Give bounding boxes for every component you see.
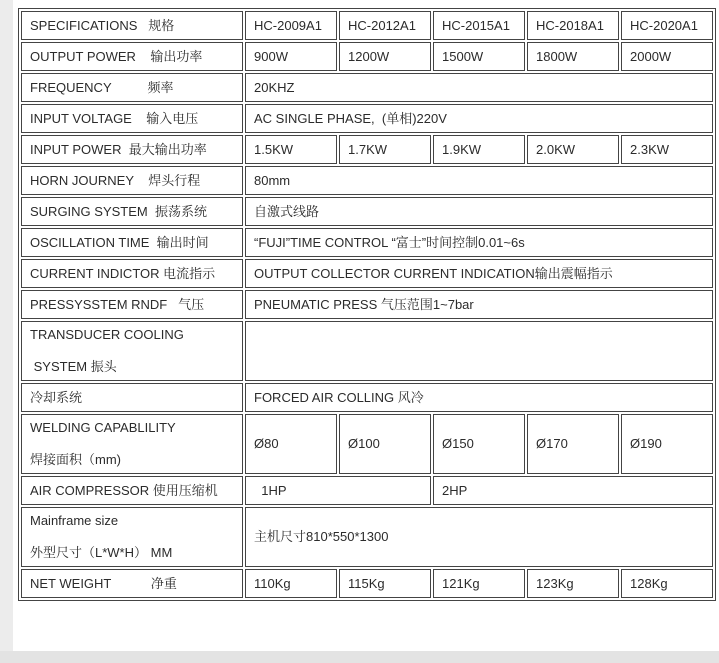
row-output-power: OUTPUT POWER 输出功率 900W 1200W 1500W 1800W…: [21, 42, 713, 71]
value-input-power-1: 1.7KW: [339, 135, 431, 164]
row-transducer-cooling: TRANSDUCER COOLING SYSTEM 振头: [21, 321, 713, 381]
value-current-indictor: OUTPUT COLLECTOR CURRENT INDICATION输出震幅指…: [245, 259, 713, 288]
value-air-compressor-2hp: 2HP: [433, 476, 713, 505]
value-welding-capability-2: Ø150: [433, 414, 525, 474]
row-input-power: INPUT POWER 最大输出功率 1.5KW 1.7KW 1.9KW 2.0…: [21, 135, 713, 164]
row-mainframe-size: Mainframe size 外型尺寸（L*W*H） MM 主机尺寸810*55…: [21, 507, 713, 567]
value-input-voltage: AC SINGLE PHASE, (单相)220V: [245, 104, 713, 133]
value-frequency: 20KHZ: [245, 73, 713, 102]
value-cooling-system: FORCED AIR COLLING 风冷: [245, 383, 713, 412]
value-output-power-4: 2000W: [621, 42, 713, 71]
model-header-1: HC-2012A1: [339, 11, 431, 40]
row-oscillation-time: OSCILLATION TIME 输出时间 “FUJI”TIME CONTROL…: [21, 228, 713, 257]
row-air-compressor: AIR COMPRESSOR 使用压缩机 1HP 2HP: [21, 476, 713, 505]
value-air-compressor-1hp: 1HP: [245, 476, 431, 505]
value-net-weight-4: 128Kg: [621, 569, 713, 598]
label-horn-journey: HORN JOURNEY 焊头行程: [21, 166, 243, 195]
specifications-table: SPECIFICATIONS 规格 HC-2009A1 HC-2012A1 HC…: [18, 8, 716, 601]
label-welding-capability: WELDING CAPABLILITY 焊接面积（mm): [21, 414, 243, 474]
model-header-4: HC-2020A1: [621, 11, 713, 40]
value-mainframe-size: 主机尺寸810*550*1300: [245, 507, 713, 567]
value-output-power-0: 900W: [245, 42, 337, 71]
row-specifications: SPECIFICATIONS 规格 HC-2009A1 HC-2012A1 HC…: [21, 11, 713, 40]
value-input-power-0: 1.5KW: [245, 135, 337, 164]
value-welding-capability-4: Ø190: [621, 414, 713, 474]
label-net-weight: NET WEIGHT 净重: [21, 569, 243, 598]
value-net-weight-1: 115Kg: [339, 569, 431, 598]
row-net-weight: NET WEIGHT 净重 110Kg 115Kg 121Kg 123Kg 12…: [21, 569, 713, 598]
value-welding-capability-1: Ø100: [339, 414, 431, 474]
row-press-system: PRESSYSSTEM RNDF 气压 PNEUMATIC PRESS 气压范围…: [21, 290, 713, 319]
value-horn-journey: 80mm: [245, 166, 713, 195]
label-air-compressor: AIR COMPRESSOR 使用压缩机: [21, 476, 243, 505]
value-input-power-4: 2.3KW: [621, 135, 713, 164]
value-output-power-2: 1500W: [433, 42, 525, 71]
page-left-gutter: [0, 0, 13, 651]
value-welding-capability-0: Ø80: [245, 414, 337, 474]
row-input-voltage: INPUT VOLTAGE 输入电压 AC SINGLE PHASE, (单相)…: [21, 104, 713, 133]
label-input-voltage: INPUT VOLTAGE 输入电压: [21, 104, 243, 133]
value-welding-capability-3: Ø170: [527, 414, 619, 474]
label-surging-system: SURGING SYSTEM 振荡系统: [21, 197, 243, 226]
label-frequency: FREQUENCY 频率: [21, 73, 243, 102]
value-output-power-1: 1200W: [339, 42, 431, 71]
value-net-weight-3: 123Kg: [527, 569, 619, 598]
row-frequency: FREQUENCY 频率 20KHZ: [21, 73, 713, 102]
row-welding-capability: WELDING CAPABLILITY 焊接面积（mm) Ø80 Ø100 Ø1…: [21, 414, 713, 474]
model-header-0: HC-2009A1: [245, 11, 337, 40]
value-transducer-cooling: [245, 321, 713, 381]
row-surging-system: SURGING SYSTEM 振荡系统 自激式线路: [21, 197, 713, 226]
label-mainframe-size: Mainframe size 外型尺寸（L*W*H） MM: [21, 507, 243, 567]
value-net-weight-0: 110Kg: [245, 569, 337, 598]
label-cooling-system: 冷却系统: [21, 383, 243, 412]
value-net-weight-2: 121Kg: [433, 569, 525, 598]
value-output-power-3: 1800W: [527, 42, 619, 71]
label-press-system: PRESSYSSTEM RNDF 气压: [21, 290, 243, 319]
value-input-power-3: 2.0KW: [527, 135, 619, 164]
label-input-power: INPUT POWER 最大输出功率: [21, 135, 243, 164]
label-output-power: OUTPUT POWER 输出功率: [21, 42, 243, 71]
row-horn-journey: HORN JOURNEY 焊头行程 80mm: [21, 166, 713, 195]
row-current-indictor: CURRENT INDICTOR 电流指示 OUTPUT COLLECTOR C…: [21, 259, 713, 288]
value-surging-system: 自激式线路: [245, 197, 713, 226]
value-press-system: PNEUMATIC PRESS 气压范围1~7bar: [245, 290, 713, 319]
value-input-power-2: 1.9KW: [433, 135, 525, 164]
page-bottom-gutter: [0, 651, 719, 663]
label-current-indictor: CURRENT INDICTOR 电流指示: [21, 259, 243, 288]
model-header-3: HC-2018A1: [527, 11, 619, 40]
model-header-2: HC-2015A1: [433, 11, 525, 40]
row-cooling-system: 冷却系统 FORCED AIR COLLING 风冷: [21, 383, 713, 412]
label-oscillation-time: OSCILLATION TIME 输出时间: [21, 228, 243, 257]
label-specifications: SPECIFICATIONS 规格: [21, 11, 243, 40]
label-transducer-cooling: TRANSDUCER COOLING SYSTEM 振头: [21, 321, 243, 381]
value-oscillation-time: “FUJI”TIME CONTROL “富士”时间控制0.01~6s: [245, 228, 713, 257]
